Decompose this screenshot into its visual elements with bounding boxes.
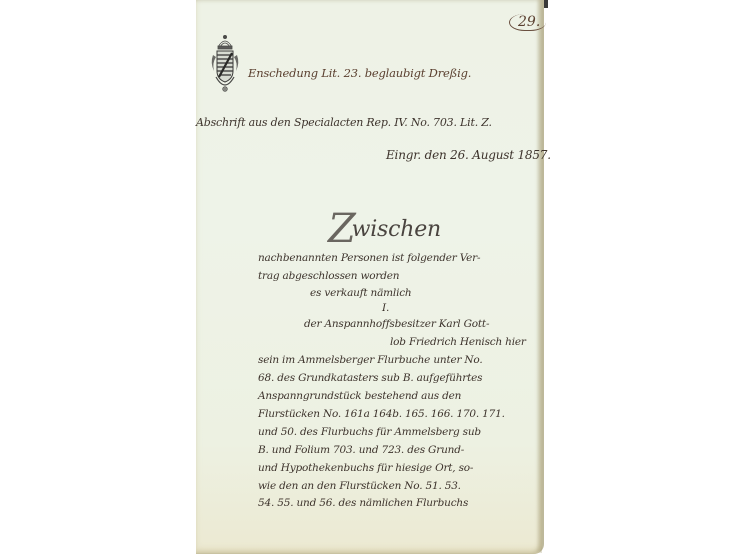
body-line: trag abgeschlossen worden	[258, 270, 399, 282]
body-line: Anspanngrundstück bestehend aus den	[258, 390, 461, 402]
body-line: lob Friedrich Henisch hier	[390, 336, 526, 348]
body-line: es verkauft nämlich	[310, 287, 411, 299]
body-line: 54. 55. und 56. des nämlichen Flurbuchs	[258, 497, 468, 509]
reference-line: Abschrift aus den Specialacten Rep. IV. …	[196, 116, 492, 129]
body-line: und Hypothekenbuchs für hiesige Ort, so-	[258, 462, 473, 474]
section-heading: Zwischen	[328, 200, 441, 246]
manuscript-page: 29. Enschedung Lit. 23. beglaubigt Dreßi	[196, 0, 544, 554]
body-line: Flurstücken No. 161a 164b. 165. 166. 170…	[258, 408, 505, 420]
body-line: nachbenannten Personen ist folgender Ver…	[258, 252, 480, 264]
section-numeral: I.	[382, 302, 389, 314]
header-line: Enschedung Lit. 23. beglaubigt Dreßig.	[248, 66, 471, 80]
heading-rest: wischen	[352, 217, 441, 242]
coat-of-arms-seal-icon	[210, 33, 240, 95]
page-edge-shading	[536, 0, 542, 553]
date-line: Eingr. den 26. August 1857.	[386, 148, 551, 162]
body-line: 68. des Grundkatasters sub B. aufgeführt…	[258, 372, 482, 384]
body-line: B. und Folium 703. und 723. des Grund-	[258, 444, 464, 456]
body-line: sein im Ammelsberger Flurbuche unter No.	[258, 354, 483, 366]
body-line: der Anspannhoffsbesitzer Karl Gott-	[304, 318, 489, 330]
heading-initial: Z	[328, 206, 356, 252]
folio-number: 29.	[509, 14, 546, 31]
body-line: und 50. des Flurbuchs für Ammelsberg sub	[258, 426, 481, 438]
body-line: wie den an den Flurstücken No. 51. 53.	[258, 480, 461, 492]
